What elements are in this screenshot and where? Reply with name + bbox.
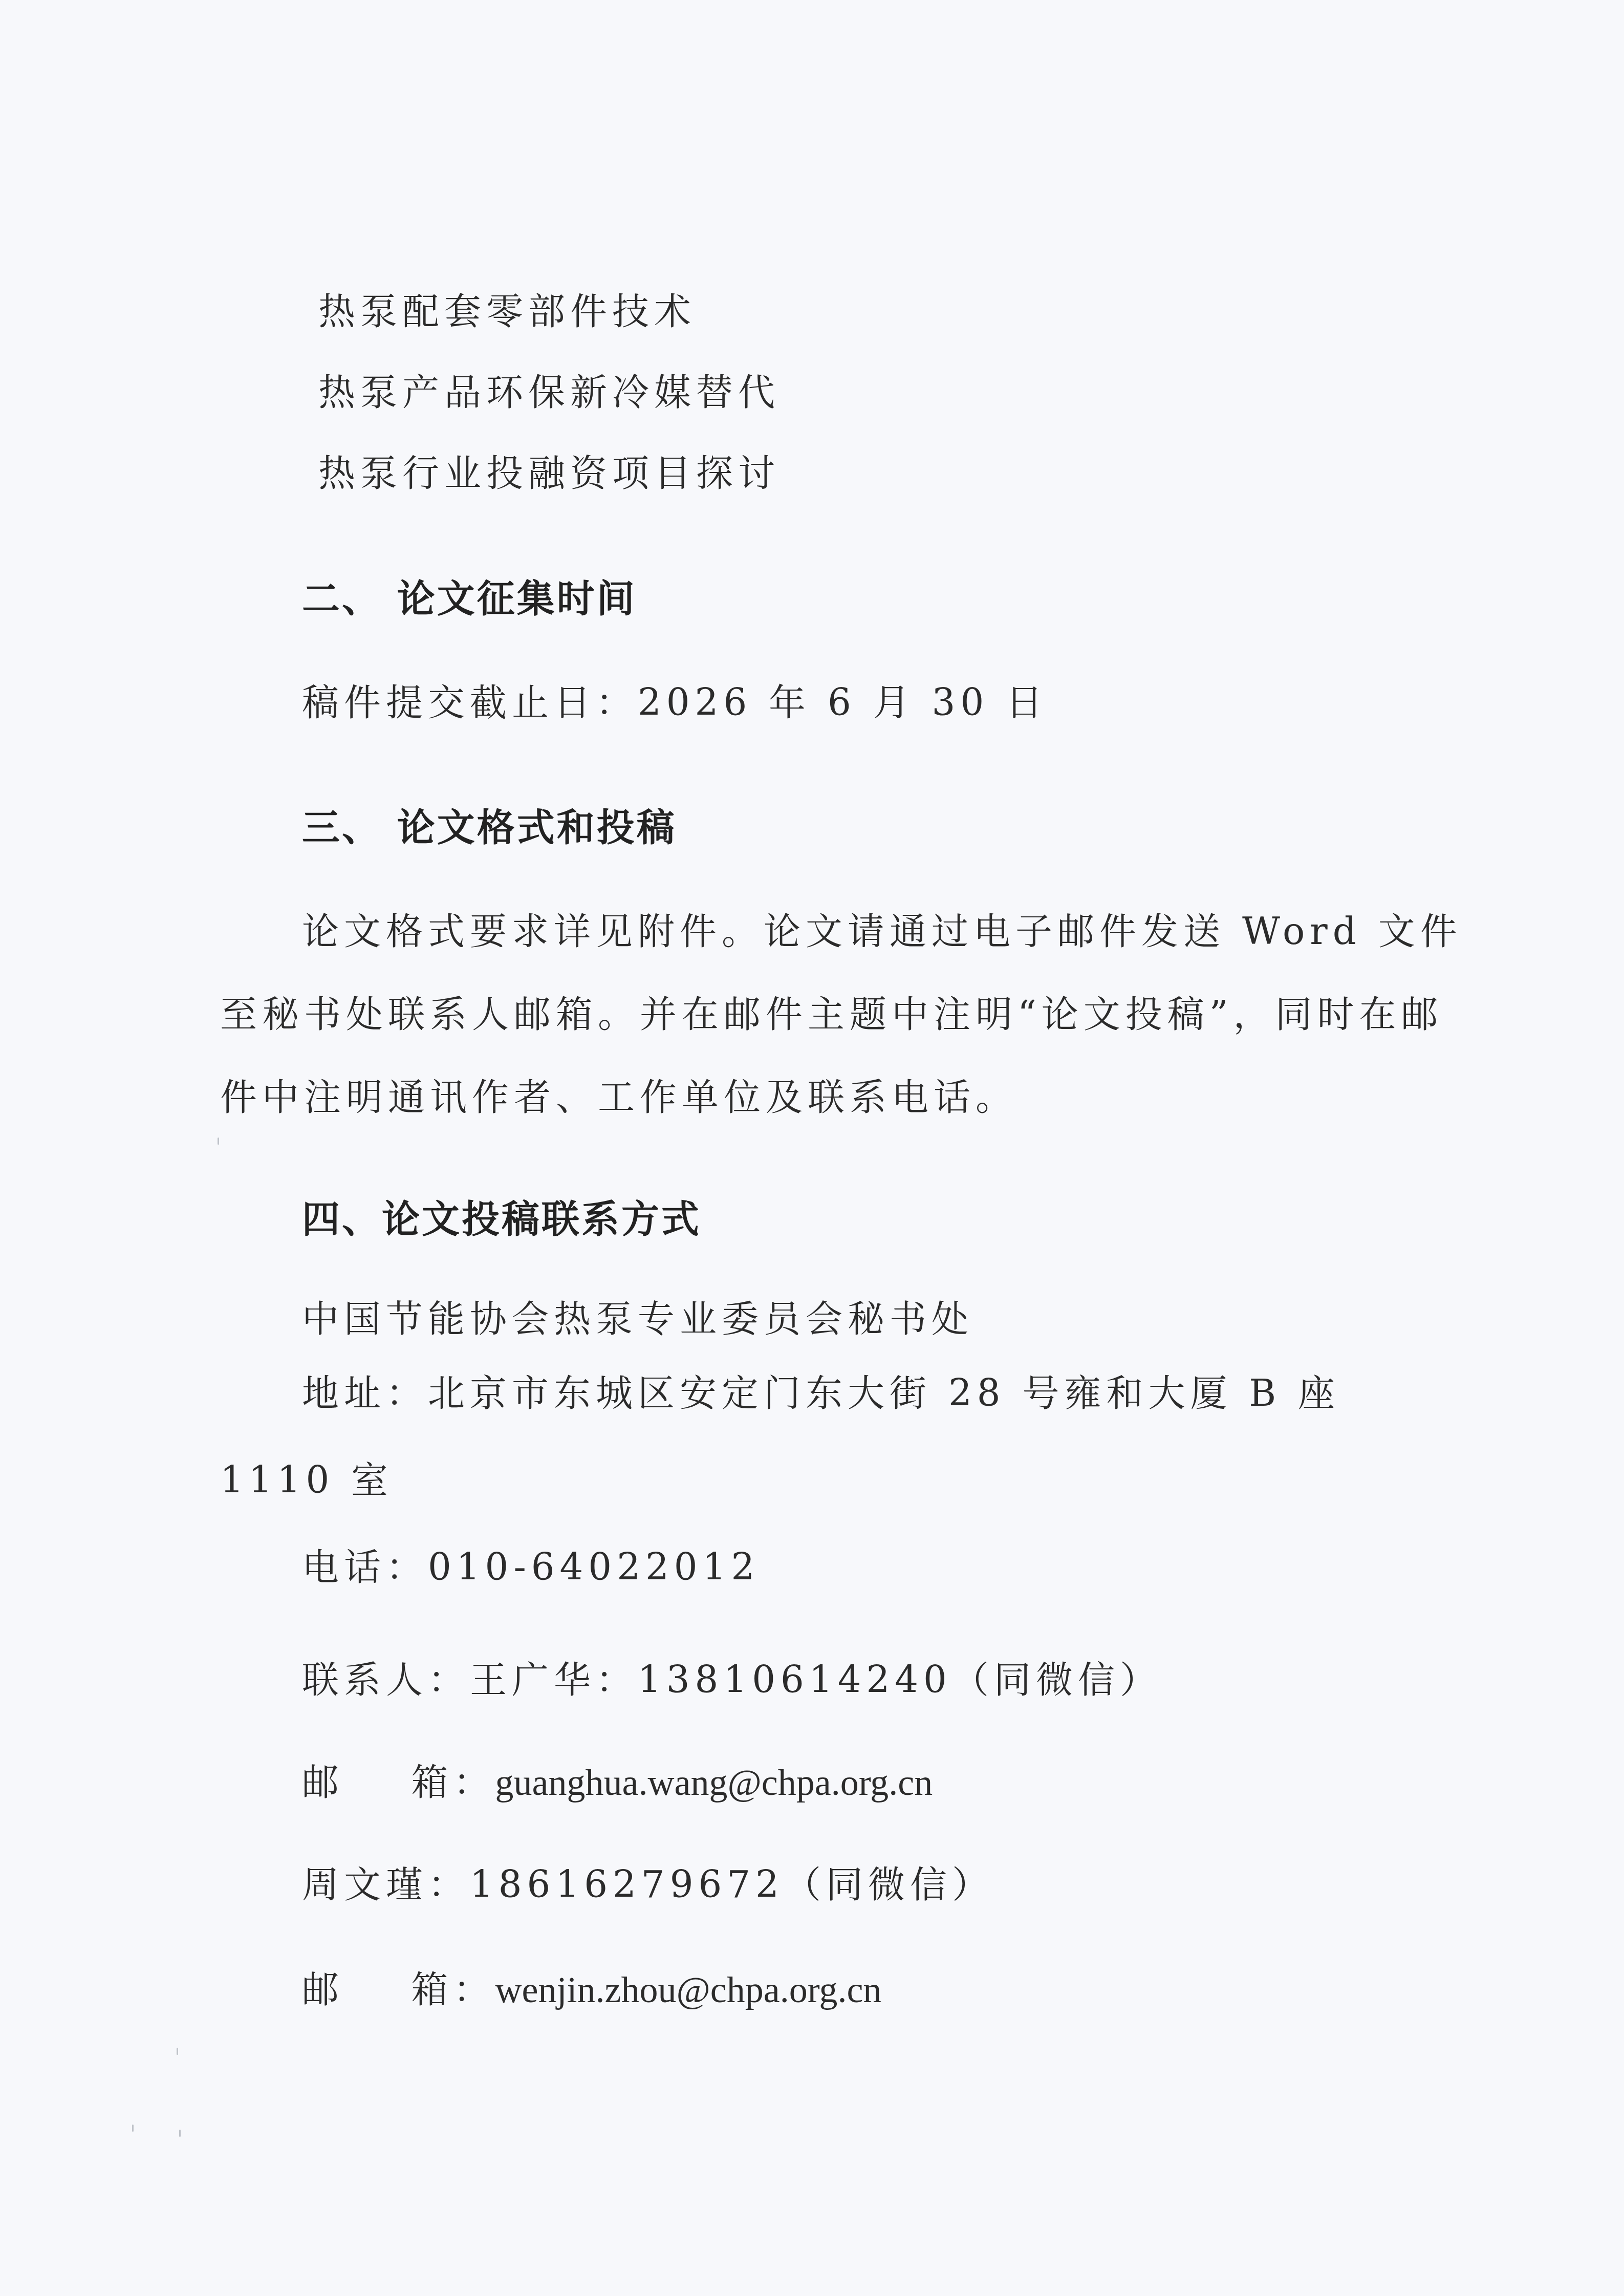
contact-email-row: 邮 箱：guanghua.wang@chpa.org.cn	[302, 1764, 933, 1801]
scan-speck	[218, 1138, 219, 1145]
section-heading-contact: 四、论文投稿联系方式	[302, 1200, 701, 1238]
email-link[interactable]: guanghua.wang@chpa.org.cn	[495, 1762, 933, 1803]
scan-speck	[177, 2048, 178, 2055]
email-label: 邮 箱：	[302, 1761, 495, 1804]
section-heading-format-submission: 三、 论文格式和投稿	[302, 809, 677, 847]
address-line-continued: 1110 室	[220, 1462, 393, 1498]
scan-speck	[132, 2125, 134, 2132]
paragraph-line: 件中注明通讯作者、工作单位及联系电话。	[220, 1079, 1017, 1115]
contact-person: 周文瑾：18616279672（同微信）	[302, 1866, 994, 1903]
submission-deadline: 稿件提交截止日：2026 年 6 月 30 日	[302, 684, 1048, 721]
contact-person: 联系人：王广华：13810614240（同微信）	[302, 1661, 1162, 1698]
topic-item: 热泵配套零部件技术	[318, 293, 696, 330]
email-label: 邮 箱：	[302, 1968, 495, 2011]
contact-email-row: 邮 箱：wenjin.zhou@chpa.org.cn	[302, 1971, 881, 2008]
scan-speck	[179, 2130, 181, 2137]
office-phone: 电话：010-64022012	[302, 1549, 760, 1585]
organization-name: 中国节能协会热泵专业委员会秘书处	[302, 1300, 973, 1337]
paragraph-line: 至秘书处联系人邮箱。并在邮件主题中注明“论文投稿”，同时在邮	[220, 996, 1418, 1033]
section-heading-submission-time: 二、 论文征集时间	[302, 580, 637, 618]
address-line: 地址：北京市东城区安定门东大街 28 号雍和大厦 B 座	[302, 1375, 1340, 1411]
email-link[interactable]: wenjin.zhou@chpa.org.cn	[495, 1969, 882, 2010]
topic-item: 热泵行业投融资项目探讨	[318, 455, 780, 491]
topic-item: 热泵产品环保新冷媒替代	[318, 374, 780, 411]
paragraph-line: 论文格式要求详见附件。论文请通过电子邮件发送 Word 文件	[302, 913, 1418, 950]
document-page: 热泵配套零部件技术 热泵产品环保新冷媒替代 热泵行业投融资项目探讨 二、 论文征…	[0, 0, 1624, 2296]
